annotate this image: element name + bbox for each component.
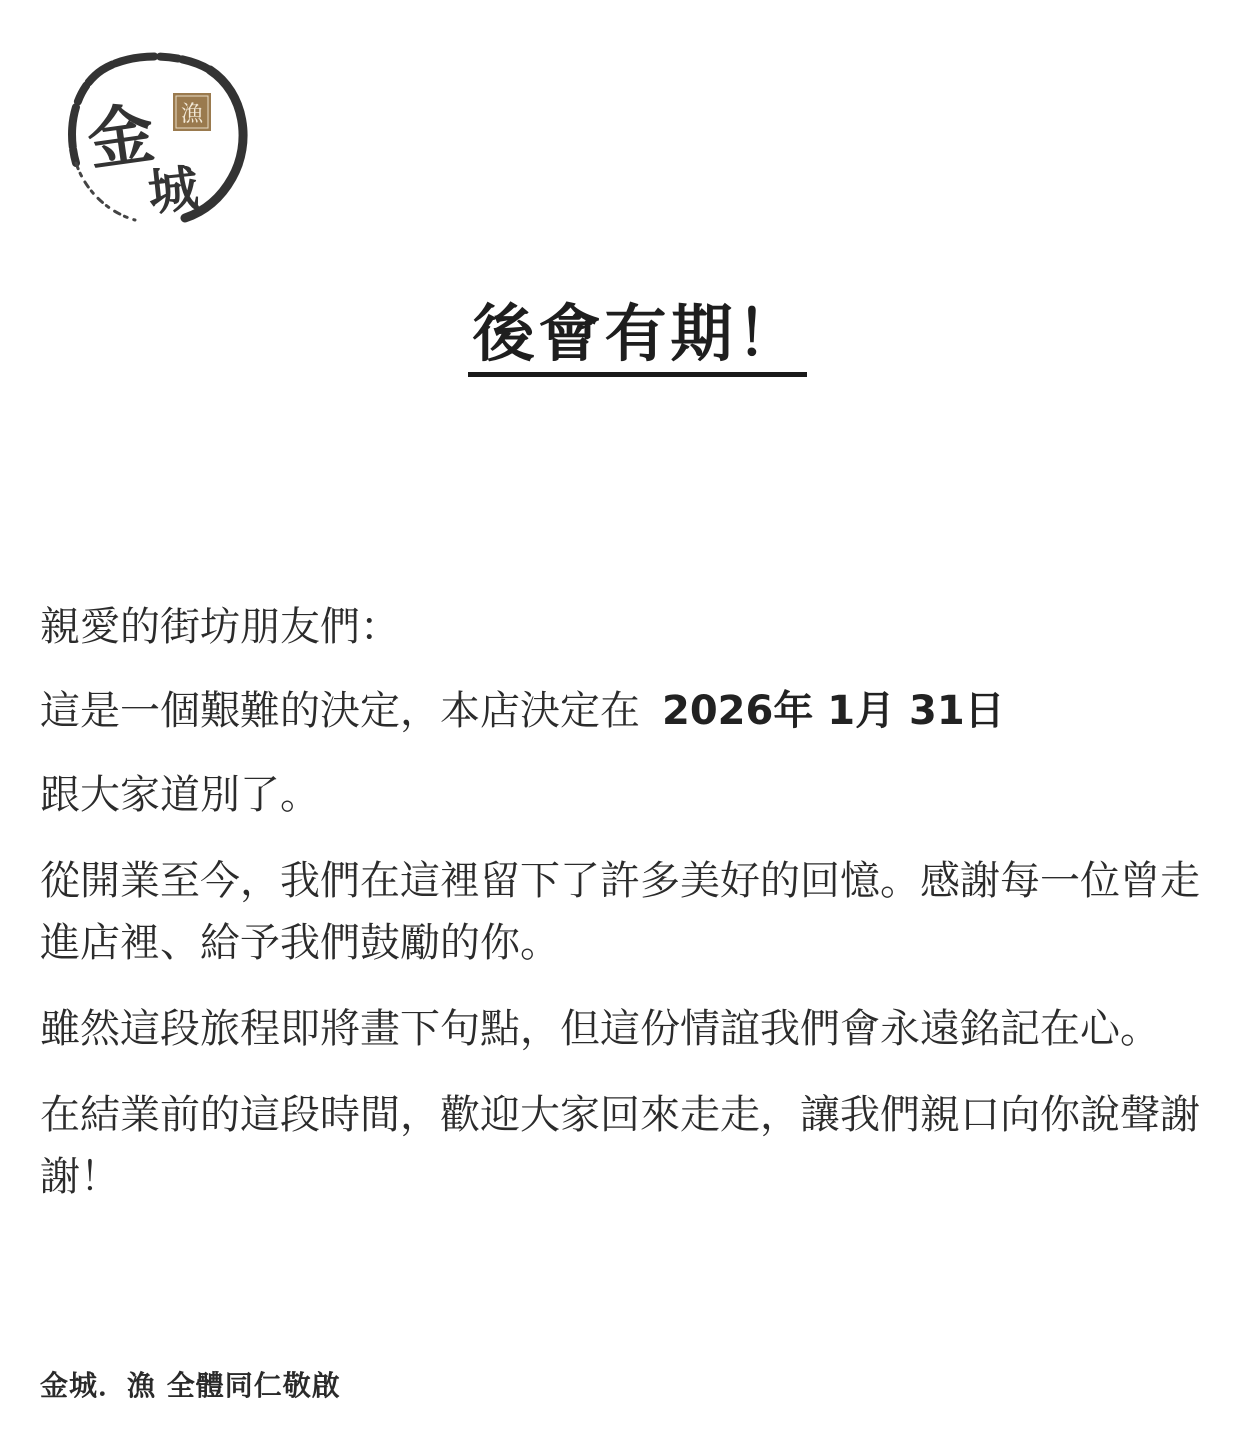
paragraph-farewell: 跟大家道別了。: [40, 764, 1200, 826]
closing-statement: 這是一個艱難的決定，本店決定在: [40, 688, 640, 734]
paragraph-closing-date: 這是一個艱難的決定，本店決定在2026年 1月 31日: [40, 680, 1200, 742]
logo-emblem: 漁 金 城: [60, 48, 255, 228]
paragraph-thanks: 從開業至今，我們在這裡留下了許多美好的回憶。感謝每一位曾走進店裡、給予我們鼓勵的…: [40, 850, 1200, 974]
signature: 金城．漁 全體同仁敬啟: [40, 1364, 341, 1404]
letter-body: 親愛的街坊朋友們： 這是一個艱難的決定，本店決定在2026年 1月 31日 跟大…: [40, 596, 1200, 1232]
brand-logo: 漁 金 城: [60, 48, 255, 228]
paragraph-invitation: 在結業前的這段時間，歡迎大家回來走走，讓我們親口向你說聲謝謝！: [40, 1084, 1200, 1208]
svg-text:漁: 漁: [181, 102, 204, 127]
announcement-title: 後會有期！: [0, 298, 1255, 377]
svg-text:城: 城: [145, 158, 201, 222]
greeting: 親愛的街坊朋友們：: [40, 596, 1200, 658]
title-text: 後會有期！: [468, 298, 806, 377]
closing-date: 2026年 1月 31日: [662, 688, 1005, 734]
paragraph-memories: 雖然這段旅程即將畫下句點，但這份情誼我們會永遠銘記在心。: [40, 998, 1200, 1060]
